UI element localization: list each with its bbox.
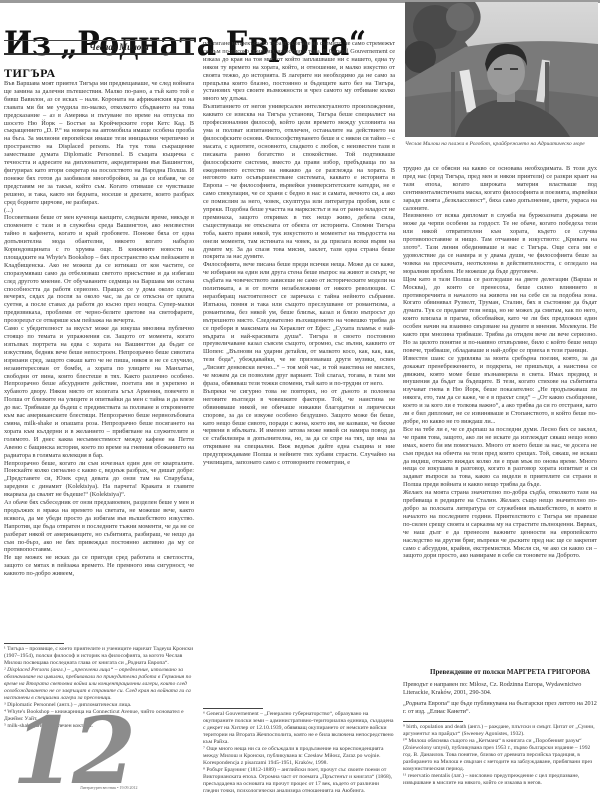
article-column-3: трудно да се обясни на какво се основава… [403, 165, 597, 635]
portrait-photo-icon [405, 2, 598, 137]
publication-footer: Литературен вестник • 19.09.2012 [80, 785, 138, 790]
page-number: 12 [12, 705, 132, 797]
source-note: Преводът е направен по: Miłosz, Cz. Rodz… [403, 681, 597, 696]
footnote-divider [403, 721, 463, 722]
author-photo [405, 2, 598, 137]
paragraph: Щом като в тази Полша се разгледаше на д… [403, 276, 597, 355]
author-byline: Чеслав Милош [4, 41, 194, 53]
paragraph: Известен шанс се удивлява за моята сребъ… [403, 355, 597, 426]
section-heading: ТИГЪРА [4, 66, 56, 81]
divider [4, 53, 194, 55]
footnote: ⁸ Робърт Браунинг (1812-1889) – английск… [203, 767, 395, 795]
publication-note: „Родната Европа“ ще бъде публикувана на … [403, 700, 597, 715]
paragraph: Неизменно от всяка дипломат в служба на … [403, 212, 597, 275]
footnotes-column-3: ⁹ birth, copulation and death (англ.) – … [403, 718, 597, 787]
paragraph: Все на тебе ли е, че се дърпаш за послед… [403, 426, 597, 489]
paragraph: Желаех на моята страна значително по-доб… [403, 489, 597, 560]
paragraph: Възпитанието от негов универсален интеле… [203, 103, 395, 261]
paragraph: Непрозрачно беше, когато ли съм изчезнал… [4, 460, 194, 500]
paragraph: Само с убедителност за вкусът може да из… [4, 325, 194, 459]
footnote: ¹¹ reservatio mentalis (лат.) – мисловно… [403, 773, 597, 787]
paragraph: Не ще можех не исках да се пригоди сред … [4, 554, 194, 578]
photo-caption: Чеслав Милош на плажа в Рогобот, крайбре… [405, 141, 598, 148]
article-column-1: Във Варшава моят приятел Тигъра ми предв… [4, 80, 194, 635]
footnote-divider [4, 643, 64, 644]
paragraph: Философията, вече писана беше преди всич… [203, 261, 395, 388]
footnote-divider [203, 708, 263, 709]
paragraph: трудно да се обясни на какво се основава… [403, 165, 597, 212]
paragraph: Аз обаче бях събеседник от онзи предзаво… [4, 499, 194, 554]
paragraph: Въпреки че сигурно това не повторих, но … [203, 388, 395, 467]
footnote: ⁹ birth, copulation and death (англ.) – … [403, 724, 597, 738]
footnote: ¹⁰ Милош обяснява същото на „Кетмана“ в … [403, 738, 597, 773]
byline-block: Чеслав Милош [4, 40, 194, 55]
paragraph: (...) [4, 207, 194, 215]
paragraph: Във Варшава моят приятел Тигъра ми предв… [4, 80, 194, 207]
paragraph: постигане непрекъснато тоба прилягане на… [203, 40, 395, 103]
paragraph: Посоветвани беше от мен кученца каещите,… [4, 214, 194, 325]
footnote: ¹ Тигъра – прозвище, с което приятелите … [4, 646, 194, 667]
article-column-2: постигане непрекъснато тоба прилягане на… [203, 40, 395, 595]
footnote: ⁶ General Gouvernement – „Генерално губе… [203, 711, 395, 746]
footnotes-column-2: ⁶ General Gouvernement – „Генерално губе… [203, 705, 395, 795]
translator-credit: Превеждение от полски МАРГРЕТА ГРИГОРОВА [430, 668, 590, 676]
footnote: ⁷ Още много неща ни са се обсъждали в пр… [203, 746, 395, 767]
